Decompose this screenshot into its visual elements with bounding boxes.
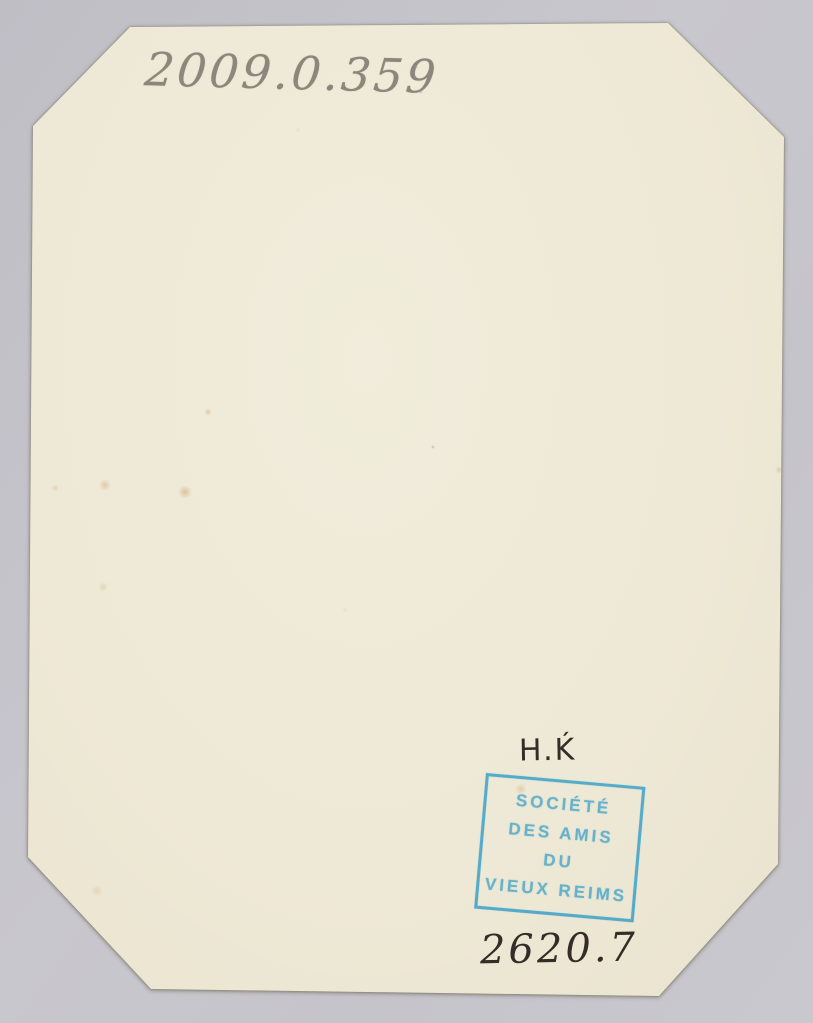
paper-stain [91,885,103,897]
stamp-line-du: DU [542,851,574,874]
paper-stain [178,485,192,499]
paper-shadow: 2009.0.359 H.Ḱ SOCIÉTÉ DES AMIS DU VIEUX… [0,0,813,1023]
collector-initials-handwriting: H.Ḱ [519,733,577,769]
paper-stain [775,466,783,474]
paper-stain [98,582,108,592]
photograph-verso: 2009.0.359 H.Ḱ SOCIÉTÉ DES AMIS DU VIEUX… [0,0,813,1023]
stamp-line-des-amis: DES AMIS [508,819,615,848]
stamp-line-societe: SOCIÉTÉ [515,791,612,819]
paper-stain [295,127,301,133]
paper-stain [51,484,59,492]
scan-background: 2009.0.359 H.Ḱ SOCIÉTÉ DES AMIS DU VIEUX… [0,0,813,1023]
paper-stain [99,479,111,491]
paper-stain [342,607,348,613]
inventory-number-handwriting: 2620.7 [480,925,639,974]
accession-number-handwriting: 2009.0.359 [142,42,440,104]
stamp-line-vieux-reims: VIEUX REIMS [484,874,628,906]
society-stamp: SOCIÉTÉ DES AMIS DU VIEUX REIMS [474,773,645,922]
paper-stain [204,408,212,416]
paper-stain [431,445,435,449]
